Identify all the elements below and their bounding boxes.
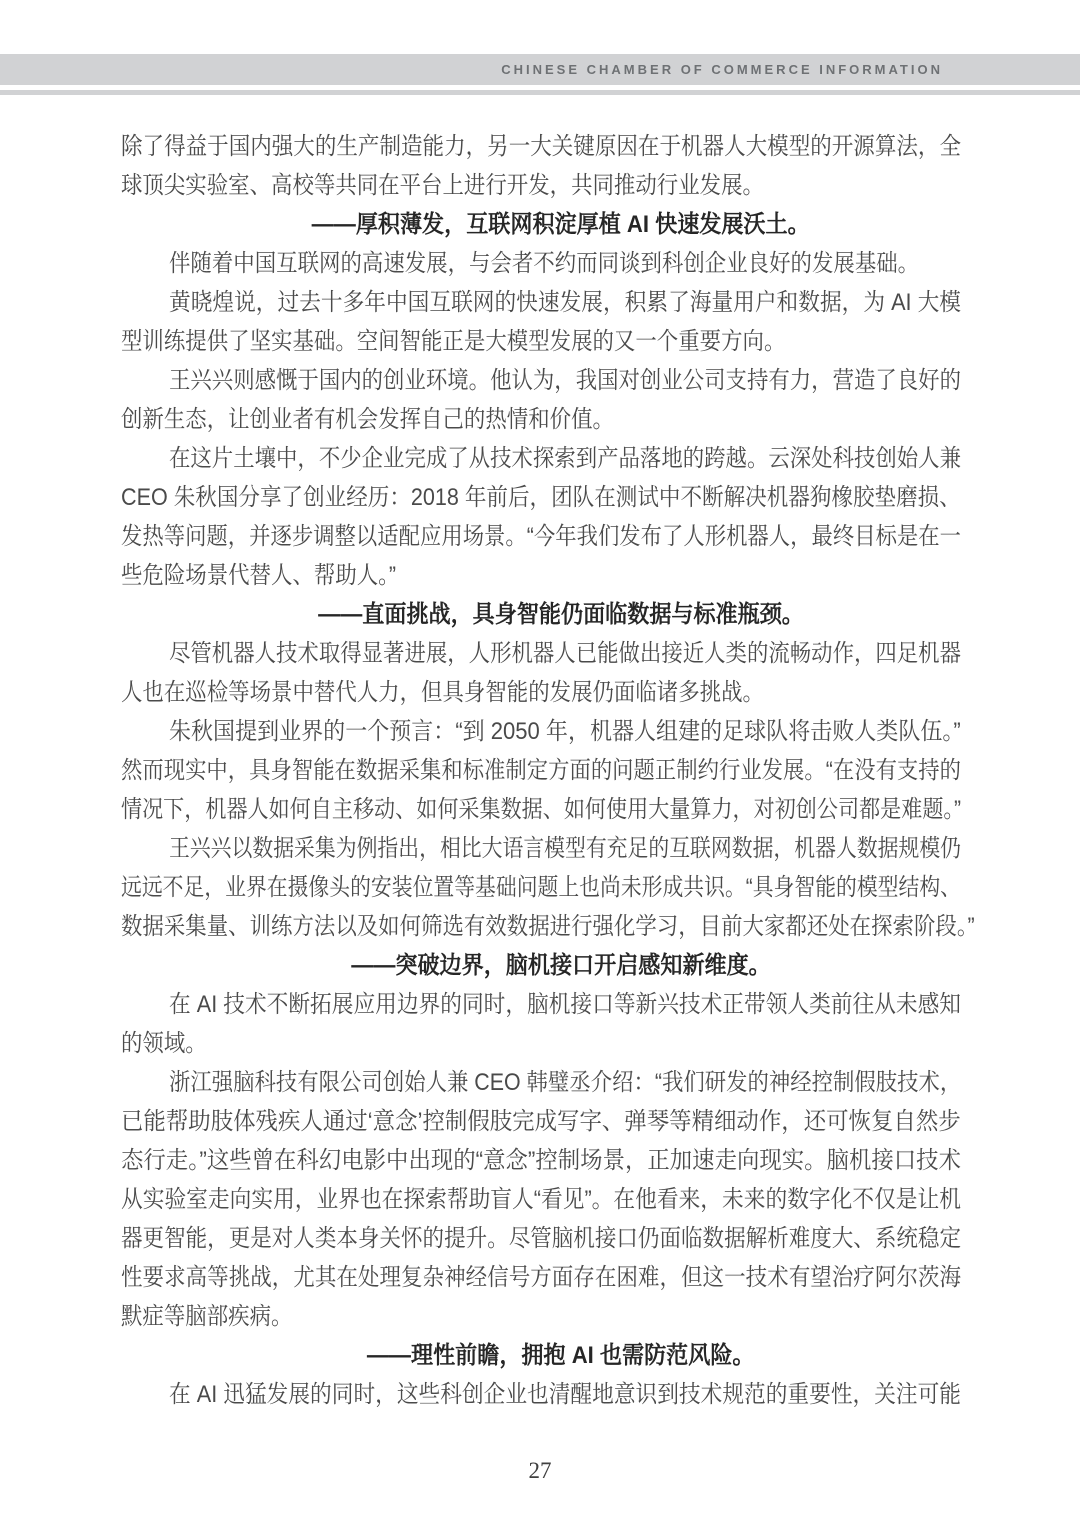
section-heading: ——直面挑战，具身智能仍面临数据与标准瓶颈。 — [121, 595, 961, 634]
body-line: 数据采集量、训练方法以及如何筛选有效数据进行强化学习，目前大家都还处在探索阶段。… — [121, 907, 961, 946]
body-line-text: 王兴兴则感慨于国内的创业环境。他认为，我国对创业公司支持有力，营造了良好的 — [169, 361, 961, 400]
body-line: 些危险场景代替人、帮助人。” — [121, 556, 961, 595]
body-line: 远远不足，业界在摄像头的安装位置等基础问题上也尚未形成共识。“具身智能的模型结构… — [121, 868, 961, 907]
body-line: 已能帮助肢体残疾人通过‘意念’控制假肢完成写字、弹琴等精细动作，还可恢复自然步 — [121, 1102, 961, 1141]
body-line-text: 然而现实中，具身智能在数据采集和标准制定方面的问题正制约行业发展。“在没有支持的 — [121, 751, 961, 790]
body-line: 王兴兴以数据采集为例指出，相比大语言模型有充足的互联网数据，机器人数据规模仍 — [121, 829, 961, 868]
body-line: 默症等脑部疾病。 — [121, 1297, 961, 1336]
body-line: 伴随着中国互联网的高速发展，与会者不约而同谈到科创企业良好的发展基础。 — [121, 244, 961, 283]
body-line-text: 情况下，机器人如何自主移动、如何采集数据、如何使用大量算力，对初创公司都是难题。… — [121, 790, 961, 829]
section-heading-text: ——突破边界，脑机接口开启感知新维度。 — [351, 946, 771, 985]
page-number: 27 — [0, 1458, 1080, 1484]
body-line-text: 在 AI 技术不断拓展应用边界的同时，脑机接口等新兴技术正带领人类前往从未感知 — [169, 985, 961, 1024]
body-line: 情况下，机器人如何自主移动、如何采集数据、如何使用大量算力，对初创公司都是难题。… — [121, 790, 961, 829]
body-line-text: 性要求高等挑战，尤其在处理复杂神经信号方面存在困难，但这一技术有望治疗阿尔茨海 — [121, 1258, 961, 1297]
body-line-text: 人也在巡检等场景中替代人力，但具身智能的发展仍面临诸多挑战。 — [121, 673, 764, 712]
section-heading-text: ——厚积薄发，互联网积淀厚植 AI 快速发展沃土。 — [312, 205, 810, 244]
body-line-text: 创新生态，让创业者有机会发挥自己的热情和价值。 — [121, 400, 614, 439]
body-line: 然而现实中，具身智能在数据采集和标准制定方面的问题正制约行业发展。“在没有支持的 — [121, 751, 961, 790]
body-line-text: 球顶尖实验室、高校等共同在平台上进行开发，共同推动行业发展。 — [121, 166, 764, 205]
body-line-text: 除了得益于国内强大的生产制造能力，另一大关键原因在于机器人大模型的开源算法，全 — [121, 127, 961, 166]
body-line: 从实验室走向实用，业界也在探索帮助盲人“看见”。在他看来，未来的数字化不仅是让机 — [121, 1180, 961, 1219]
body-line-text: 态行走。”这些曾在科幻电影中出现的“意念”控制场景，正加速走向现实。脑机接口技术 — [121, 1141, 961, 1180]
body-line-text: 黄晓煌说，过去十多年中国互联网的快速发展，积累了海量用户和数据，为 AI 大模 — [169, 283, 961, 322]
header-rule — [0, 90, 1080, 95]
body-line-text: 王兴兴以数据采集为例指出，相比大语言模型有充足的互联网数据，机器人数据规模仍 — [169, 829, 961, 868]
body-line-text: 朱秋国提到业界的一个预言：“到 2050 年，机器人组建的足球队将击败人类队伍。… — [169, 712, 961, 751]
body-line: 器更智能，更是对人类本身关怀的提升。尽管脑机接口仍面临数据解析难度大、系统稳定 — [121, 1219, 961, 1258]
body-line: 除了得益于国内强大的生产制造能力，另一大关键原因在于机器人大模型的开源算法，全 — [121, 127, 961, 166]
header-band: CHINESE CHAMBER OF COMMERCE INFORMATION — [0, 54, 1080, 85]
body-line: 浙江强脑科技有限公司创始人兼 CEO 韩璧丞介绍：“我们研发的神经控制假肢技术， — [121, 1063, 961, 1102]
body-line-text: 已能帮助肢体残疾人通过‘意念’控制假肢完成写字、弹琴等精细动作，还可恢复自然步 — [121, 1102, 961, 1141]
body-line-text: 尽管机器人技术取得显著进展，人形机器人已能做出接近人类的流畅动作，四足机器 — [169, 634, 961, 673]
body-line-text: 些危险场景代替人、帮助人。” — [121, 556, 396, 595]
body-line-text: 的领域。 — [121, 1024, 207, 1063]
body-line-text: 从实验室走向实用，业界也在探索帮助盲人“看见”。在他看来，未来的数字化不仅是让机 — [121, 1180, 961, 1219]
body-line: 黄晓煌说，过去十多年中国互联网的快速发展，积累了海量用户和数据，为 AI 大模 — [121, 283, 961, 322]
body-line: 型训练提供了坚实基础。空间智能正是大模型发展的又一个重要方向。 — [121, 322, 961, 361]
body-line: 王兴兴则感慨于国内的创业环境。他认为，我国对创业公司支持有力，营造了良好的 — [121, 361, 961, 400]
body-line-text: 器更智能，更是对人类本身关怀的提升。尽管脑机接口仍面临数据解析难度大、系统稳定 — [121, 1219, 961, 1258]
body-line: 人也在巡检等场景中替代人力，但具身智能的发展仍面临诸多挑战。 — [121, 673, 961, 712]
section-heading: ——厚积薄发，互联网积淀厚植 AI 快速发展沃土。 — [121, 205, 961, 244]
section-heading-text: ——理性前瞻，拥抱 AI 也需防范风险。 — [367, 1336, 755, 1375]
body-line-text: 伴随着中国互联网的高速发展，与会者不约而同谈到科创企业良好的发展基础。 — [169, 244, 919, 283]
body-line-text: 浙江强脑科技有限公司创始人兼 CEO 韩璧丞介绍：“我们研发的神经控制假肢技术， — [169, 1063, 961, 1102]
body-line: 发热等问题，并逐步调整以适配应用场景。“今年我们发布了人形机器人，最终目标是在一 — [121, 517, 961, 556]
body-line: 创新生态，让创业者有机会发挥自己的热情和价值。 — [121, 400, 961, 439]
header-title: CHINESE CHAMBER OF COMMERCE INFORMATION — [501, 62, 943, 77]
body-line-text: 默症等脑部疾病。 — [121, 1297, 292, 1336]
body-line: 尽管机器人技术取得显著进展，人形机器人已能做出接近人类的流畅动作，四足机器 — [121, 634, 961, 673]
section-heading-text: ——直面挑战，具身智能仍面临数据与标准瓶颈。 — [318, 595, 804, 634]
body-line: 在这片土壤中，不少企业完成了从技术探索到产品落地的跨越。云深处科技创始人兼 — [121, 439, 961, 478]
body-line: 态行走。”这些曾在科幻电影中出现的“意念”控制场景，正加速走向现实。脑机接口技术 — [121, 1141, 961, 1180]
article-text-column: 除了得益于国内强大的生产制造能力，另一大关键原因在于机器人大模型的开源算法，全球… — [121, 127, 961, 1414]
body-line: 球顶尖实验室、高校等共同在平台上进行开发，共同推动行业发展。 — [121, 166, 961, 205]
body-line-text: 远远不足，业界在摄像头的安装位置等基础问题上也尚未形成共识。“具身智能的模型结构… — [121, 868, 961, 907]
section-heading: ——突破边界，脑机接口开启感知新维度。 — [121, 946, 961, 985]
body-line: CEO 朱秋国分享了创业经历：2018 年前后，团队在测试中不断解决机器狗橡胶垫… — [121, 478, 961, 517]
document-page: CHINESE CHAMBER OF COMMERCE INFORMATION … — [0, 0, 1080, 1525]
body-line-text: 发热等问题，并逐步调整以适配应用场景。“今年我们发布了人形机器人，最终目标是在一 — [121, 517, 961, 556]
body-line: 朱秋国提到业界的一个预言：“到 2050 年，机器人组建的足球队将击败人类队伍。… — [121, 712, 961, 751]
body-line: 的领域。 — [121, 1024, 961, 1063]
body-line: 在 AI 技术不断拓展应用边界的同时，脑机接口等新兴技术正带领人类前往从未感知 — [121, 985, 961, 1024]
section-heading: ——理性前瞻，拥抱 AI 也需防范风险。 — [121, 1336, 961, 1375]
body-line: 性要求高等挑战，尤其在处理复杂神经信号方面存在困难，但这一技术有望治疗阿尔茨海 — [121, 1258, 961, 1297]
body-line-text: CEO 朱秋国分享了创业经历：2018 年前后，团队在测试中不断解决机器狗橡胶垫… — [121, 478, 961, 517]
body-line-text: 在 AI 迅猛发展的同时，这些科创企业也清醒地意识到技术规范的重要性，关注可能 — [169, 1375, 961, 1414]
body-line-text: 数据采集量、训练方法以及如何筛选有效数据进行强化学习，目前大家都还处在探索阶段。… — [121, 907, 975, 946]
body-line-text: 在这片土壤中，不少企业完成了从技术探索到产品落地的跨越。云深处科技创始人兼 — [169, 439, 961, 478]
body-line-text: 型训练提供了坚实基础。空间智能正是大模型发展的又一个重要方向。 — [121, 322, 785, 361]
body-line: 在 AI 迅猛发展的同时，这些科创企业也清醒地意识到技术规范的重要性，关注可能 — [121, 1375, 961, 1414]
